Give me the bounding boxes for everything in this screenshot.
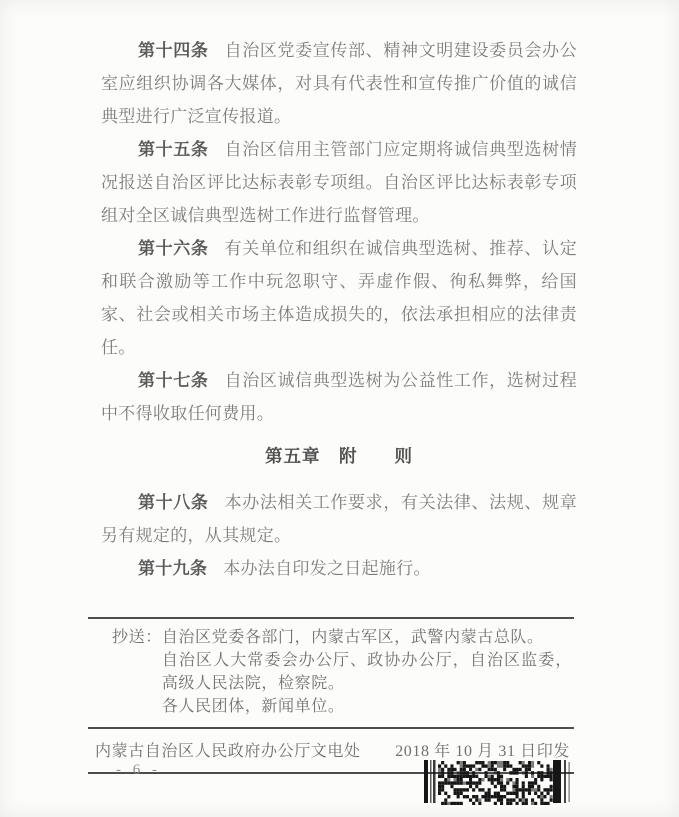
cc-label: 抄送： — [112, 626, 162, 718]
barcode-image — [424, 758, 584, 805]
document-footer: 抄送： 自治区党委各部门，内蒙古军区，武警内蒙古总队。 自治区人大常委会办公厅、… — [88, 617, 574, 774]
document-body: 第十四条自治区党委宣传部、精神文明建设委员会办公室应组织协调各大媒体，对具有代表… — [101, 34, 577, 585]
article-14-label: 第十四条 — [138, 41, 209, 60]
article-16-label: 第十六条 — [138, 239, 209, 258]
article-16: 第十六条有关单位和组织在诚信典型选树、推荐、认定和联合激励等工作中玩忽职守、弄虚… — [101, 232, 577, 364]
issuer-name: 内蒙古自治区人民政府办公厅文电处 — [95, 738, 361, 761]
article-18-label: 第十八条 — [138, 493, 209, 512]
cc-line-3: 各人民团体，新闻单位。 — [162, 695, 572, 718]
article-19-text: 本办法自印发之日起施行。 — [223, 559, 431, 578]
cc-line-2: 自治区人大常委会办公厅、政协办公厅，自治区监委，高级人民法院，检察院。 — [162, 649, 572, 695]
cc-line-1: 自治区党委各部门，内蒙古军区，武警内蒙古总队。 — [162, 626, 572, 649]
cc-lines: 自治区党委各部门，内蒙古军区，武警内蒙古总队。 自治区人大常委会办公厅、政协办公… — [162, 626, 572, 718]
article-14: 第十四条自治区党委宣传部、精神文明建设委员会办公室应组织协调各大媒体，对具有代表… — [101, 34, 577, 133]
article-15: 第十五条自治区信用主管部门应定期将诚信典型选树情况报送自治区评比达标表彰专项组。… — [101, 133, 577, 232]
cc-section: 抄送： 自治区党委各部门，内蒙古军区，武警内蒙古总队。 自治区人大常委会办公厅、… — [88, 617, 574, 729]
article-19-label: 第十九条 — [138, 559, 207, 578]
article-19: 第十九条本办法自印发之日起施行。 — [101, 552, 577, 585]
page-number: - 6 - — [116, 762, 161, 779]
chapter-heading: 第五章 附 则 — [101, 440, 577, 473]
article-15-label: 第十五条 — [138, 140, 209, 159]
article-18: 第十八条本办法相关工作要求，有关法律、法规、规章另有规定的，从其规定。 — [101, 486, 577, 552]
article-17: 第十七条自治区诚信典型选树为公益性工作，选树过程中不得收取任何费用。 — [101, 364, 577, 430]
document-page: 第十四条自治区党委宣传部、精神文明建设委员会办公室应组织协调各大媒体，对具有代表… — [0, 0, 679, 817]
article-17-label: 第十七条 — [138, 371, 209, 390]
